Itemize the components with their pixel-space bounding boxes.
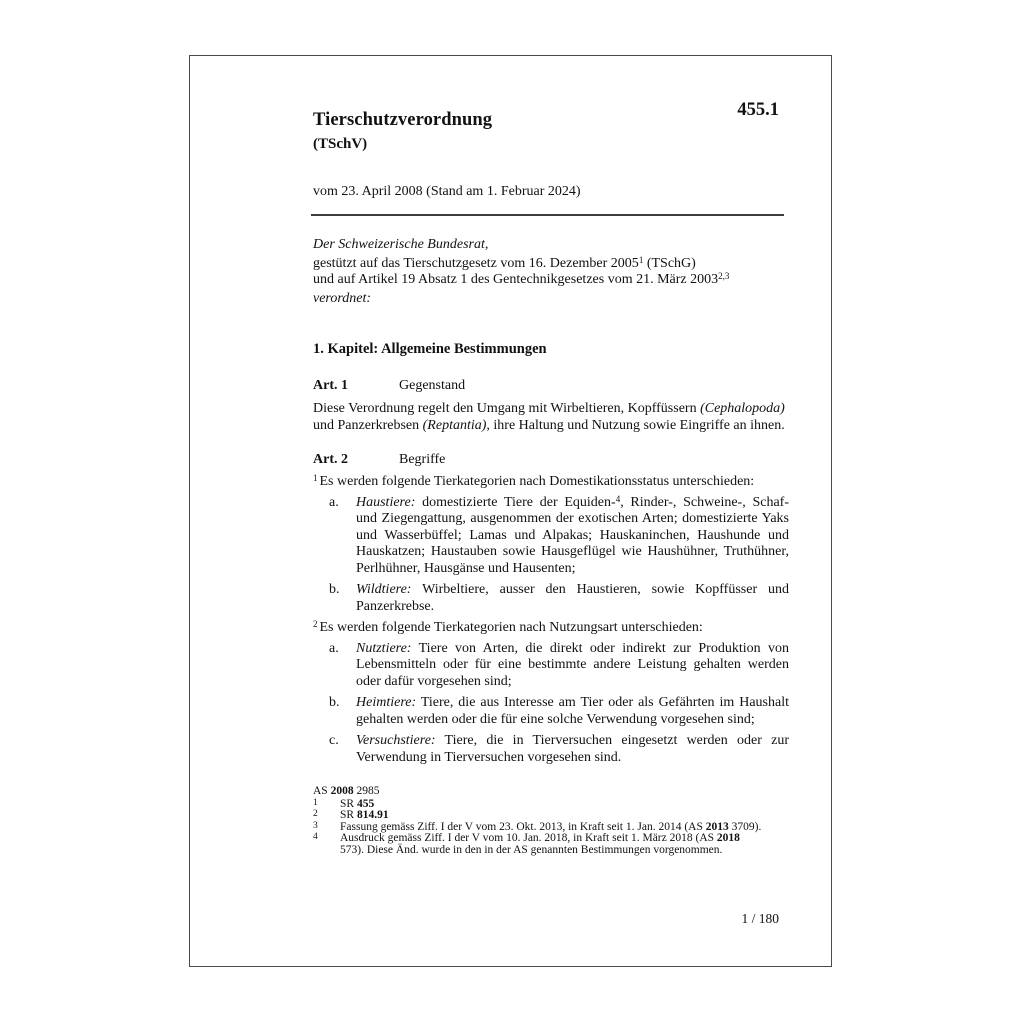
- term: Haustiere:: [356, 495, 415, 510]
- basis-text: gestützt auf das Tierschutzgesetz vom 16…: [313, 256, 639, 271]
- footnote-number: 1: [313, 798, 340, 810]
- page-indicator: 1 / 180: [741, 911, 779, 927]
- chapter-heading: 1. Kapitel: Allgemeine Bestimmungen: [313, 341, 547, 358]
- article-1-body: Diese Verordnung regelt den Umgang mit W…: [313, 401, 789, 434]
- item-text: Heimtiere: Tiere, die aus Interesse am T…: [356, 695, 789, 728]
- item-text: Nutztiere: Tiere von Arten, die direkt o…: [356, 641, 789, 691]
- document-page: Tierschutzverordnung (TSchV) 455.1 vom 2…: [189, 55, 832, 967]
- paragraph-text: Es werden folgende Tierkategorien nach N…: [320, 620, 703, 635]
- text: 573). Diese Änd. wurde in den in der AS …: [340, 844, 722, 856]
- paragraph-1: 1Es werden folgende Tierkategorien nach …: [313, 474, 789, 491]
- item-text: Wildtiere: Wirbeltiere, ausser den Haust…: [356, 582, 789, 615]
- paragraph-2: 2Es werden folgende Tierkategorien nach …: [313, 620, 789, 637]
- footnote-number: 4: [313, 832, 340, 855]
- definition: Wirbeltiere, ausser den Haustieren, sowi…: [356, 582, 789, 614]
- text: 3709).: [729, 821, 762, 833]
- article-number: Art. 1: [313, 378, 399, 394]
- definition: Tiere von Arten, die direkt oder indirek…: [356, 641, 789, 689]
- list-item: b. Wildtiere: Wirbeltiere, ausser den Ha…: [329, 582, 789, 615]
- source-page: 2985: [354, 785, 380, 797]
- reference-link[interactable]: 814.91: [357, 809, 389, 821]
- basis-text: und auf Artikel 19 Absatz 1 des Gentechn…: [313, 272, 718, 287]
- official-compilation-source: AS 2008 2985: [313, 786, 763, 798]
- item-letter: a.: [329, 641, 356, 691]
- text: Diese Verordnung regelt den Umgang mit W…: [313, 401, 700, 416]
- article-2-heading: Art. 2 Begriffe: [313, 452, 445, 468]
- document-title: Tierschutzverordnung: [313, 110, 492, 131]
- definition: domestizierte Tiere der Equiden-: [415, 495, 615, 510]
- reference-link[interactable]: 2018: [717, 832, 740, 844]
- item-letter: b.: [329, 695, 356, 728]
- footnote-text: Ausdruck gemäss Ziff. I der V vom 10. Ja…: [340, 833, 763, 856]
- list-item: c. Versuchstiere: Tiere, die in Tiervers…: [329, 733, 789, 766]
- date-line: vom 23. April 2008 (Stand am 1. Februar …: [313, 184, 581, 200]
- latin-term: (Reptantia): [423, 418, 487, 433]
- article-1-heading: Art. 1 Gegenstand: [313, 378, 465, 394]
- footnotes: AS 2008 2985 1 SR 455 2 SR 814.91 3 Fass…: [313, 786, 763, 856]
- list-item: a. Haustiere: domestizierte Tiere der Eq…: [329, 495, 789, 578]
- paragraph-number: 1: [313, 473, 318, 483]
- item-text: Versuchstiere: Tiere, die in Tierversuch…: [356, 733, 789, 766]
- item-letter: b.: [329, 582, 356, 615]
- article-number: Art. 2: [313, 452, 399, 468]
- term: Heimtiere:: [356, 695, 416, 710]
- source-prefix: AS: [313, 785, 331, 797]
- text: Ausdruck gemäss Ziff. I der V vom 10. Ja…: [340, 832, 717, 844]
- text: SR: [340, 798, 357, 810]
- latin-term: (Cephalopoda): [700, 401, 785, 416]
- list-item: a. Nutztiere: Tiere von Arten, die direk…: [329, 641, 789, 691]
- item-text: Haustiere: domestizierte Tiere der Equid…: [356, 495, 789, 578]
- preamble-decree: verordnet:: [313, 291, 788, 307]
- article-title: Begriffe: [399, 452, 445, 468]
- item-letter: c.: [329, 733, 356, 766]
- text: und Panzerkrebsen: [313, 418, 423, 433]
- article-title: Gegenstand: [399, 378, 465, 394]
- text: SR: [340, 809, 357, 821]
- preamble-basis-line-2: und auf Artikel 19 Absatz 1 des Gentechn…: [313, 272, 788, 288]
- header-rule: [311, 214, 784, 216]
- basis-tail: (TSchG): [643, 256, 696, 271]
- definition: Tiere, die aus Interesse am Tier oder al…: [356, 695, 789, 727]
- list-item: b. Heimtiere: Tiere, die aus Interesse a…: [329, 695, 789, 728]
- source-year: 2008: [331, 785, 354, 797]
- reference-link[interactable]: 2013: [706, 821, 729, 833]
- footnote-ref[interactable]: 2,3: [718, 271, 729, 281]
- footnote-number: 3: [313, 821, 340, 833]
- reference-link[interactable]: 455: [357, 798, 374, 810]
- preamble-basis-line-1: gestützt auf das Tierschutzgesetz vom 16…: [313, 256, 788, 272]
- document-abbreviation: (TSchV): [313, 136, 367, 153]
- preamble-authority: Der Schweizerische Bundesrat,: [313, 237, 788, 253]
- footnote-number: 2: [313, 809, 340, 821]
- term: Nutztiere:: [356, 641, 411, 656]
- item-letter: a.: [329, 495, 356, 578]
- article-2-body: 1Es werden folgende Tierkategorien nach …: [313, 474, 789, 771]
- text: Fassung gemäss Ziff. I der V vom 23. Okt…: [340, 821, 706, 833]
- paragraph-number: 2: [313, 619, 318, 629]
- footnote: 4 Ausdruck gemäss Ziff. I der V vom 10. …: [313, 833, 763, 856]
- sr-number: 455.1: [737, 100, 779, 121]
- term: Wildtiere:: [356, 582, 411, 597]
- term: Versuchstiere:: [356, 733, 436, 748]
- paragraph-text: Es werden folgende Tierkategorien nach D…: [320, 474, 755, 489]
- preamble: Der Schweizerische Bundesrat, gestützt a…: [313, 237, 788, 307]
- text: , ihre Haltung und Nutzung sowie Eingrif…: [486, 418, 784, 433]
- footnote-text: SR 455: [340, 799, 763, 811]
